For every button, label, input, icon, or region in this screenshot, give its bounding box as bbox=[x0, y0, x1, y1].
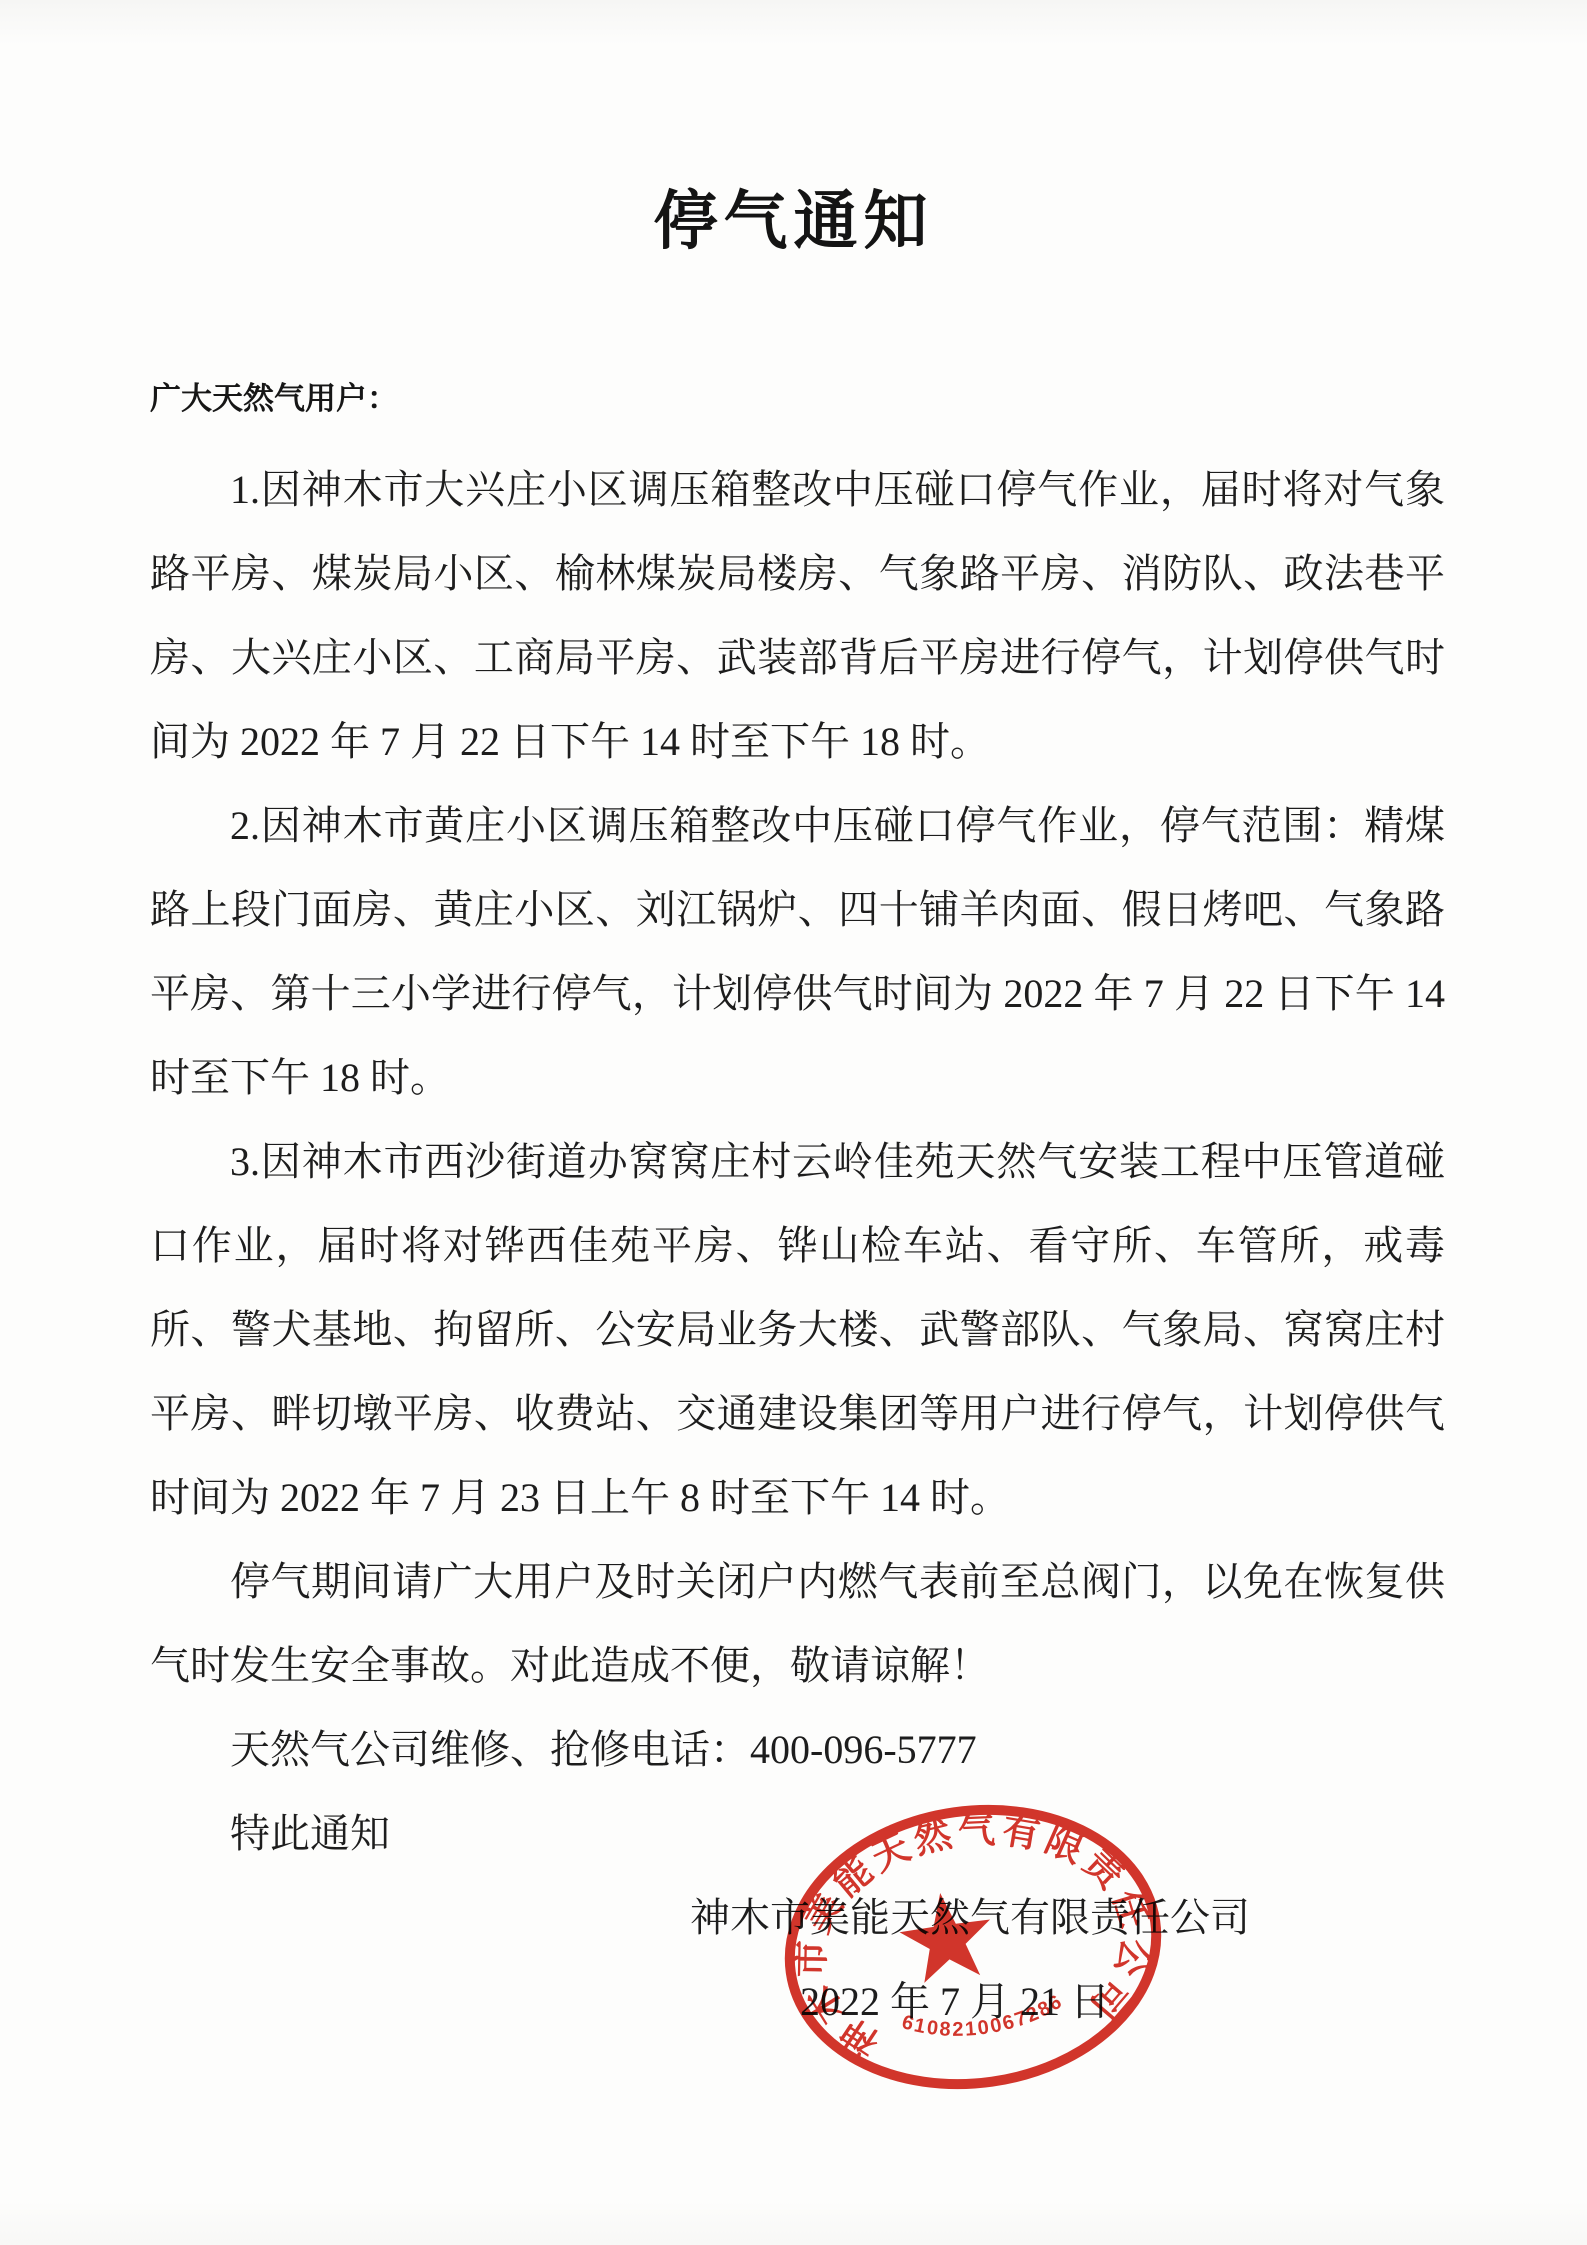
signature-date: 2022 年 7 月 21 日 bbox=[150, 1960, 1445, 2044]
salutation: 广大天然气用户： bbox=[150, 378, 1442, 420]
gas-suspension-notice-page: 停气通知 广大天然气用户： 1.因神木市大兴庄小区调压箱整改中压碰口停气作业，届… bbox=[0, 0, 1587, 2245]
document-title: 停气通知 bbox=[0, 0, 1587, 254]
paragraph-2: 2.因神木市黄庄小区调压箱整改中压碰口停气作业，停气范围：精煤路上段门面房、黄庄… bbox=[150, 784, 1445, 1120]
paragraph-4: 停气期间请广大用户及时关闭户内燃气表前至总阀门，以免在恢复供气时发生安全事故。对… bbox=[150, 1540, 1445, 1708]
closing-line: 特此通知 bbox=[150, 1792, 1445, 1876]
signature-company: 神木市美能天然气有限责任公司 bbox=[150, 1876, 1445, 1960]
paragraph-3: 3.因神木市西沙街道办窝窝庄村云岭佳苑天然气安装工程中压管道碰口作业，届时将对铧… bbox=[150, 1120, 1445, 1540]
paragraph-1: 1.因神木市大兴庄小区调压箱整改中压碰口停气作业，届时将对气象路平房、煤炭局小区… bbox=[150, 448, 1445, 784]
contact-line: 天然气公司维修、抢修电话：400-096-5777 bbox=[150, 1708, 1445, 1792]
document-body: 1.因神木市大兴庄小区调压箱整改中压碰口停气作业，届时将对气象路平房、煤炭局小区… bbox=[150, 448, 1445, 2044]
